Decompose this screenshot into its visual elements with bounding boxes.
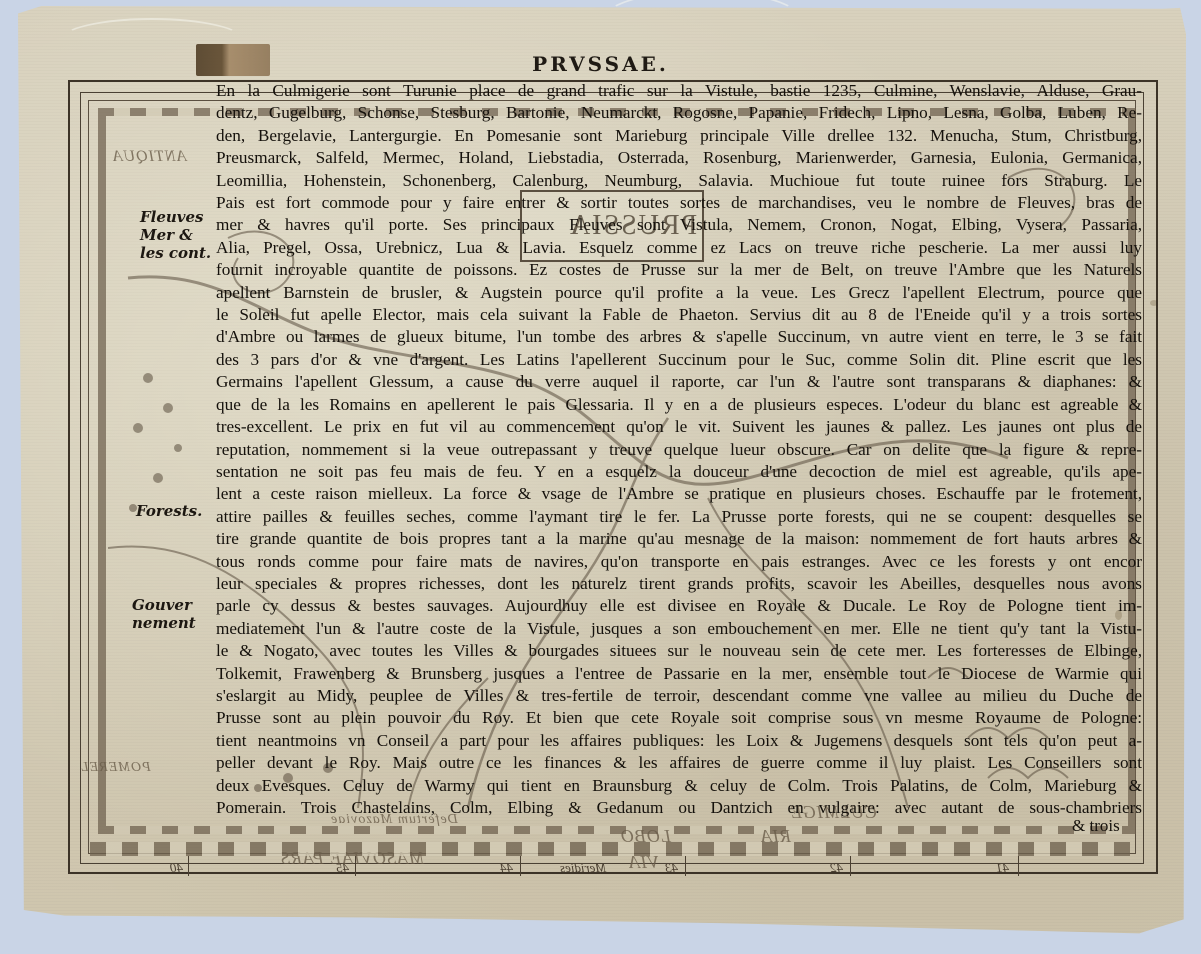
text-line: tous ronds comme pour faire mats de navi… xyxy=(216,551,1142,573)
ghost-label-pomerel: POMEREL xyxy=(80,760,151,776)
scale-tick xyxy=(188,856,189,876)
body-text: En la Culmigerie sont Turunie place de g… xyxy=(216,80,1142,819)
text-line: peller devant le Roy. Mais outre ce les … xyxy=(216,752,1142,774)
text-line: dentz, Gugelburg, Schonse, Stesburg, Bar… xyxy=(216,102,1142,124)
margin-note-line: les cont. xyxy=(140,244,211,262)
text-line: mediatement l'un & l'autre coste de la V… xyxy=(216,618,1142,640)
margin-note-line: nement xyxy=(132,614,196,632)
text-line: tient neantmoins vn Conseil a part pour … xyxy=(216,730,1142,752)
scale-tick xyxy=(355,856,356,876)
margin-note-line: Fleuves xyxy=(140,208,211,226)
text-line: Pomerain. Trois Chastelains, Colm, Elbin… xyxy=(216,797,1142,819)
text-line: lent a ceste raison mielleux. La force &… xyxy=(216,483,1142,505)
margin-note-line: Mer & xyxy=(140,226,211,244)
text-line: Pais est fort commode pour y faire entre… xyxy=(216,192,1142,214)
degree-label: 42 xyxy=(830,860,843,876)
text-line: En la Culmigerie sont Turunie place de g… xyxy=(216,80,1142,102)
degree-label: 41 xyxy=(996,860,1009,876)
text-line: tire grande quantite de bois propres tan… xyxy=(216,528,1142,550)
text-line: Alia, Pregel, Ossa, Urebnicz, Lua & Lavi… xyxy=(216,237,1142,259)
degree-label: 40 xyxy=(170,860,183,876)
degree-label: Meridies xyxy=(560,860,606,876)
text-line: tres-excellent. Le prix en fut vil au co… xyxy=(216,416,1142,438)
text-line: Leomillia, Hohenstein, Schonenberg, Cale… xyxy=(216,170,1142,192)
text-line: fournit incroyable quantite de poissons.… xyxy=(216,259,1142,281)
margin-note-line: Forests. xyxy=(136,502,202,520)
bottom-scale-strip xyxy=(90,842,1130,856)
degree-label: 43 xyxy=(665,860,678,876)
text-line: mer & havres qu'il porte. Ses principaux… xyxy=(216,214,1142,236)
text-line: apellent Barnstein de brusler, & Augstei… xyxy=(216,282,1142,304)
text-line: d'Ambre ou larmes de glueux bitume, l'un… xyxy=(216,326,1142,348)
margin-note-fleuves: Fleuves Mer & les cont. xyxy=(140,208,211,262)
text-line: parle cy dessus & bestes sauvages. Aujou… xyxy=(216,595,1142,617)
degree-label: 44 xyxy=(500,860,513,876)
text-line: s'eslargit au Midy, peuplee de Villes & … xyxy=(216,685,1142,707)
text-line: que de la les Romains en apellerent le p… xyxy=(216,394,1142,416)
margin-note-gouvernement: Gouver nement xyxy=(132,596,196,632)
catchword: & trois xyxy=(1072,816,1120,836)
scale-tick xyxy=(850,856,851,876)
scale-tick xyxy=(520,856,521,876)
scale-tick xyxy=(1018,856,1019,876)
text-line: le & Nogato, avec toutes les Villes & bo… xyxy=(216,640,1142,662)
text-line: des 3 pars d'or & vne d'argent. Les Lati… xyxy=(216,349,1142,371)
margin-note-forests: Forests. xyxy=(136,502,202,520)
text-line: den, Bergelavie, Lantergurgie. En Pomesa… xyxy=(216,125,1142,147)
text-line: Tolkemit, Frawenberg & Brunsberg jusques… xyxy=(216,663,1142,685)
text-line: Preusmarck, Salfeld, Mermec, Holand, Lie… xyxy=(216,147,1142,169)
degree-label: 45 xyxy=(336,860,349,876)
scale-tick xyxy=(685,856,686,876)
page-title: PRVSSAE. xyxy=(0,52,1201,76)
text-line: deux Evesques. Celuy de Warmy qui tient … xyxy=(216,775,1142,797)
text-line: Germains l'apellent Glessum, a cause du … xyxy=(216,371,1142,393)
text-line: le Soleil fut apelle Elector, mais cela … xyxy=(216,304,1142,326)
margin-note-line: Gouver xyxy=(132,596,196,614)
text-line: Prusse sont au plein pouvoir du Roy. Et … xyxy=(216,707,1142,729)
text-line: leur speciales & propres richesses, dont… xyxy=(216,573,1142,595)
text-line: reputation, nommement si la veue outrepa… xyxy=(216,439,1142,461)
ghost-label-antiqua: ANTIQUA xyxy=(112,148,187,166)
text-line: sentation ne soit pas feu mais de feu. Y… xyxy=(216,461,1142,483)
text-line: attire pailles & feuilles seches, comme … xyxy=(216,506,1142,528)
